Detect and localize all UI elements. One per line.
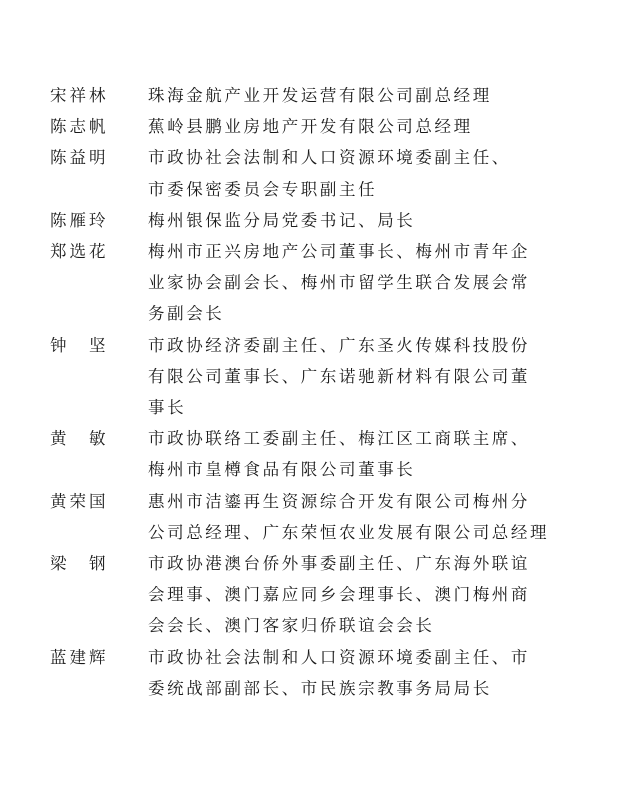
title-line: 蕉岭县鹏业房地产开发有限公司总经理 <box>148 111 568 142</box>
member-name: 蓝建辉 <box>0 642 148 673</box>
member-name: 黄 敏 <box>0 423 148 454</box>
member-name: 黄荣国 <box>0 486 148 517</box>
title-line: 会理事、澳门嘉应同乡会理事长、澳门梅州商 <box>148 579 568 610</box>
member-name: 郑选花 <box>0 236 148 267</box>
title-line: 市政协港澳台侨外事委副主任、广东海外联谊 <box>148 548 568 579</box>
member-name: 陈志帆 <box>0 111 148 142</box>
title-line: 梅州市皇樽食品有限公司董事长 <box>148 454 568 485</box>
member-title: 珠海金航产业开发运营有限公司副总经理 <box>148 80 568 111</box>
list-item: 黄荣国 惠州市洁鎏再生资源综合开发有限公司梅州分 公司总经理、广东荣恒农业发展有… <box>0 486 629 548</box>
title-line: 务副会长 <box>148 298 568 329</box>
member-title: 市政协社会法制和人口资源环境委副主任、 市委保密委员会专职副主任 <box>148 142 568 204</box>
list-item: 郑选花 梅州市正兴房地产公司董事长、梅州市青年企 业家协会副会长、梅州市留学生联… <box>0 236 629 330</box>
title-line: 惠州市洁鎏再生资源综合开发有限公司梅州分 <box>148 486 568 517</box>
member-title: 市政协联络工委副主任、梅江区工商联主席、 梅州市皇樽食品有限公司董事长 <box>148 423 568 485</box>
title-line: 有限公司董事长、广东诺驰新材料有限公司董 <box>148 361 568 392</box>
title-line: 珠海金航产业开发运营有限公司副总经理 <box>148 80 568 111</box>
title-line: 公司总经理、广东荣恒农业发展有限公司总经理 <box>148 517 568 548</box>
title-line: 梅州市正兴房地产公司董事长、梅州市青年企 <box>148 236 568 267</box>
title-line: 梅州银保监分局党委书记、局长 <box>148 205 568 236</box>
list-item: 梁 钢 市政协港澳台侨外事委副主任、广东海外联谊 会理事、澳门嘉应同乡会理事长、… <box>0 548 629 642</box>
title-line: 委统战部副部长、市民族宗教事务局局长 <box>148 673 568 704</box>
member-title: 惠州市洁鎏再生资源综合开发有限公司梅州分 公司总经理、广东荣恒农业发展有限公司总… <box>148 486 568 548</box>
title-line: 市政协社会法制和人口资源环境委副主任、 <box>148 142 568 173</box>
list-item: 陈雁玲 梅州银保监分局党委书记、局长 <box>0 205 629 236</box>
member-name: 梁 钢 <box>0 548 148 579</box>
list-item: 陈益明 市政协社会法制和人口资源环境委副主任、 市委保密委员会专职副主任 <box>0 142 629 204</box>
member-name: 陈益明 <box>0 142 148 173</box>
list-item: 陈志帆 蕉岭县鹏业房地产开发有限公司总经理 <box>0 111 629 142</box>
member-title: 市政协社会法制和人口资源环境委副主任、市 委统战部副部长、市民族宗教事务局局长 <box>148 642 568 704</box>
title-line: 市政协经济委副主任、广东圣火传媒科技股份 <box>148 330 568 361</box>
member-title: 梅州市正兴房地产公司董事长、梅州市青年企 业家协会副会长、梅州市留学生联合发展会… <box>148 236 568 330</box>
member-list: 宋祥林 珠海金航产业开发运营有限公司副总经理 陈志帆 蕉岭县鹏业房地产开发有限公… <box>0 80 629 704</box>
member-title: 蕉岭县鹏业房地产开发有限公司总经理 <box>148 111 568 142</box>
title-line: 会会长、澳门客家归侨联谊会会长 <box>148 610 568 641</box>
title-line: 市政协联络工委副主任、梅江区工商联主席、 <box>148 423 568 454</box>
list-item: 钟 坚 市政协经济委副主任、广东圣火传媒科技股份 有限公司董事长、广东诺驰新材料… <box>0 330 629 424</box>
member-name: 陈雁玲 <box>0 205 148 236</box>
member-title: 市政协港澳台侨外事委副主任、广东海外联谊 会理事、澳门嘉应同乡会理事长、澳门梅州… <box>148 548 568 642</box>
member-title: 市政协经济委副主任、广东圣火传媒科技股份 有限公司董事长、广东诺驰新材料有限公司… <box>148 330 568 424</box>
member-title: 梅州银保监分局党委书记、局长 <box>148 205 568 236</box>
list-item: 蓝建辉 市政协社会法制和人口资源环境委副主任、市 委统战部副部长、市民族宗教事务… <box>0 642 629 704</box>
title-line: 事长 <box>148 392 568 423</box>
list-item: 宋祥林 珠海金航产业开发运营有限公司副总经理 <box>0 80 629 111</box>
title-line: 市政协社会法制和人口资源环境委副主任、市 <box>148 642 568 673</box>
list-item: 黄 敏 市政协联络工委副主任、梅江区工商联主席、 梅州市皇樽食品有限公司董事长 <box>0 423 629 485</box>
title-line: 市委保密委员会专职副主任 <box>148 174 568 205</box>
member-name: 宋祥林 <box>0 80 148 111</box>
member-name: 钟 坚 <box>0 330 148 361</box>
title-line: 业家协会副会长、梅州市留学生联合发展会常 <box>148 267 568 298</box>
